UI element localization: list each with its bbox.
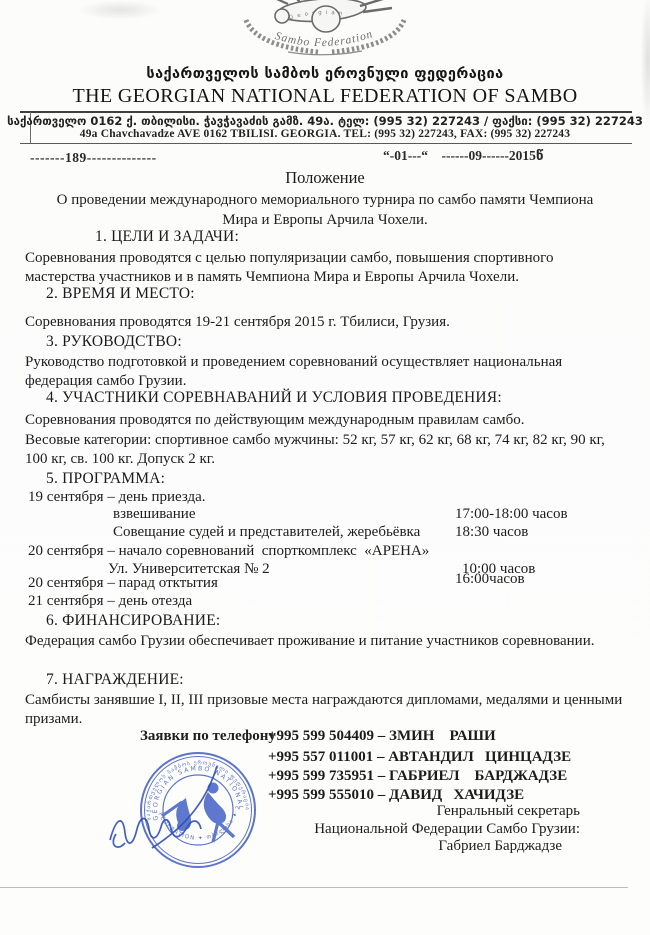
header-rule-top — [20, 111, 632, 113]
schedule-item: взвешивание — [113, 506, 196, 523]
section-heading-time-place: 2. ВРЕМЯ И МЕСТО: — [46, 285, 195, 303]
sambo-federation-emblem: Georgian Sambo Federation — [230, 0, 420, 58]
contact-phone: +995 599 735951 – ГАБРИЕЛ БАРДЖАДЗЕ — [268, 768, 567, 785]
document-date: “-01---“ ------09------2015წ — [383, 148, 543, 164]
section-body-goals: Соревнования проводятся с целью популяри… — [25, 249, 627, 287]
schedule-row: Совещание судей и представителей, жеребь… — [0, 524, 650, 543]
schedule-day: 21 сентября – день отезда — [28, 593, 192, 610]
schedule-time: 16:00часов — [455, 571, 525, 588]
scanned-document-page: Georgian Sambo Federation საქართველოს სა… — [0, 0, 650, 935]
address-english: 49a Chavchavadze AVE 0162 TBILISI. GEORG… — [0, 128, 650, 140]
federation-title-english: THE GEORGIAN NATIONAL FEDERATION OF SAMB… — [0, 85, 650, 108]
section-heading-financing: 6. ФИНАНСИРОВАНИЕ: — [46, 612, 220, 630]
schedule-day: 20 сентября – начало соревнований спортк… — [28, 543, 429, 560]
schedule-row: взвешивание 17:00-18:00 часов — [0, 506, 650, 525]
schedule-time: 18:30 часов — [455, 524, 528, 541]
signer-position-line2: Национальной Федерации Самбо Грузии: — [0, 821, 580, 838]
schedule-row: 20 сентября – парад отктытия 16:00часов — [0, 575, 650, 594]
section-body-awards: Самбисты занявшие I, II, III призовые ме… — [25, 691, 627, 729]
contact-label: Заявки по телефону — [140, 728, 276, 745]
signer-name: Габриел Барджадзе — [0, 838, 562, 855]
page-bottom-rule — [0, 887, 628, 888]
section-heading-participants: 4. УЧАСТНИКИ СОРЕВНАВАНИЙ И УСЛОВИЯ ПРОВ… — [46, 389, 502, 407]
document-subtitle-line1: О проведении международного мемориальног… — [0, 192, 650, 209]
outgoing-number: -------189-------------- — [30, 150, 157, 166]
section-body-financing: Федерация самбо Грузии обеспечивает прож… — [25, 632, 627, 651]
emblem-graphic: Georgian Sambo Federation — [230, 0, 420, 58]
schedule-row: 20 сентября – начало соревнований спортк… — [0, 543, 650, 562]
schedule-day: 19 сентября – день приезда. — [28, 489, 206, 506]
schedule-row: 21 сентября – день отезда — [0, 593, 650, 612]
reference-row: -------189-------------- “-01---“ ------… — [0, 148, 650, 166]
section-heading-goals: 1. ЦЕЛИ И ЗАДАЧИ: — [95, 228, 239, 246]
document-title: Положение — [0, 168, 650, 188]
section-heading-management: 3. РУКОВОДСТВО: — [46, 333, 182, 351]
federation-title-georgian: საქართველოს სამბოს ეროვნული ფედერაცია — [0, 66, 650, 82]
contact-phone: +995 599 555010 – ДАВИД ХАЧИДЗЕ — [268, 787, 524, 804]
schedule-time: 17:00-18:00 часов — [455, 506, 568, 523]
section-body-participants-2: Весовые категории: спортивное самбо мужч… — [25, 431, 627, 469]
contact-phone: +995 599 504409 – ЗМИН РАШИ — [268, 728, 496, 745]
document-subtitle-line2: Мира и Европы Арчила Чохели. — [0, 212, 650, 229]
address-georgian: საქართველო 0162 ქ. თბილისი. ჭავჭავაძის გ… — [0, 114, 650, 128]
signer-position-line1: Генральный секретарь — [0, 803, 580, 820]
contact-phone: +995 557 011001 – АВТАНДИЛ ЦИНЦАДЗЕ — [268, 749, 571, 766]
schedule-day: 20 сентября – парад отктытия — [28, 575, 218, 592]
section-body-time-place: Соревнования проводятся 19-21 сентября 2… — [25, 313, 627, 332]
schedule-item: Совещание судей и представителей, жеребь… — [113, 524, 420, 541]
section-heading-program: 5. ПРОГРАММА: — [46, 470, 165, 488]
section-heading-awards: 7. НАГРАЖДЕНИЕ: — [46, 671, 184, 689]
section-body-management: Руководство подготовкой и проведением со… — [25, 353, 627, 391]
header-rule-bottom — [20, 143, 632, 144]
section-body-participants-1: Соревнования проводятся по действующим м… — [25, 411, 627, 430]
